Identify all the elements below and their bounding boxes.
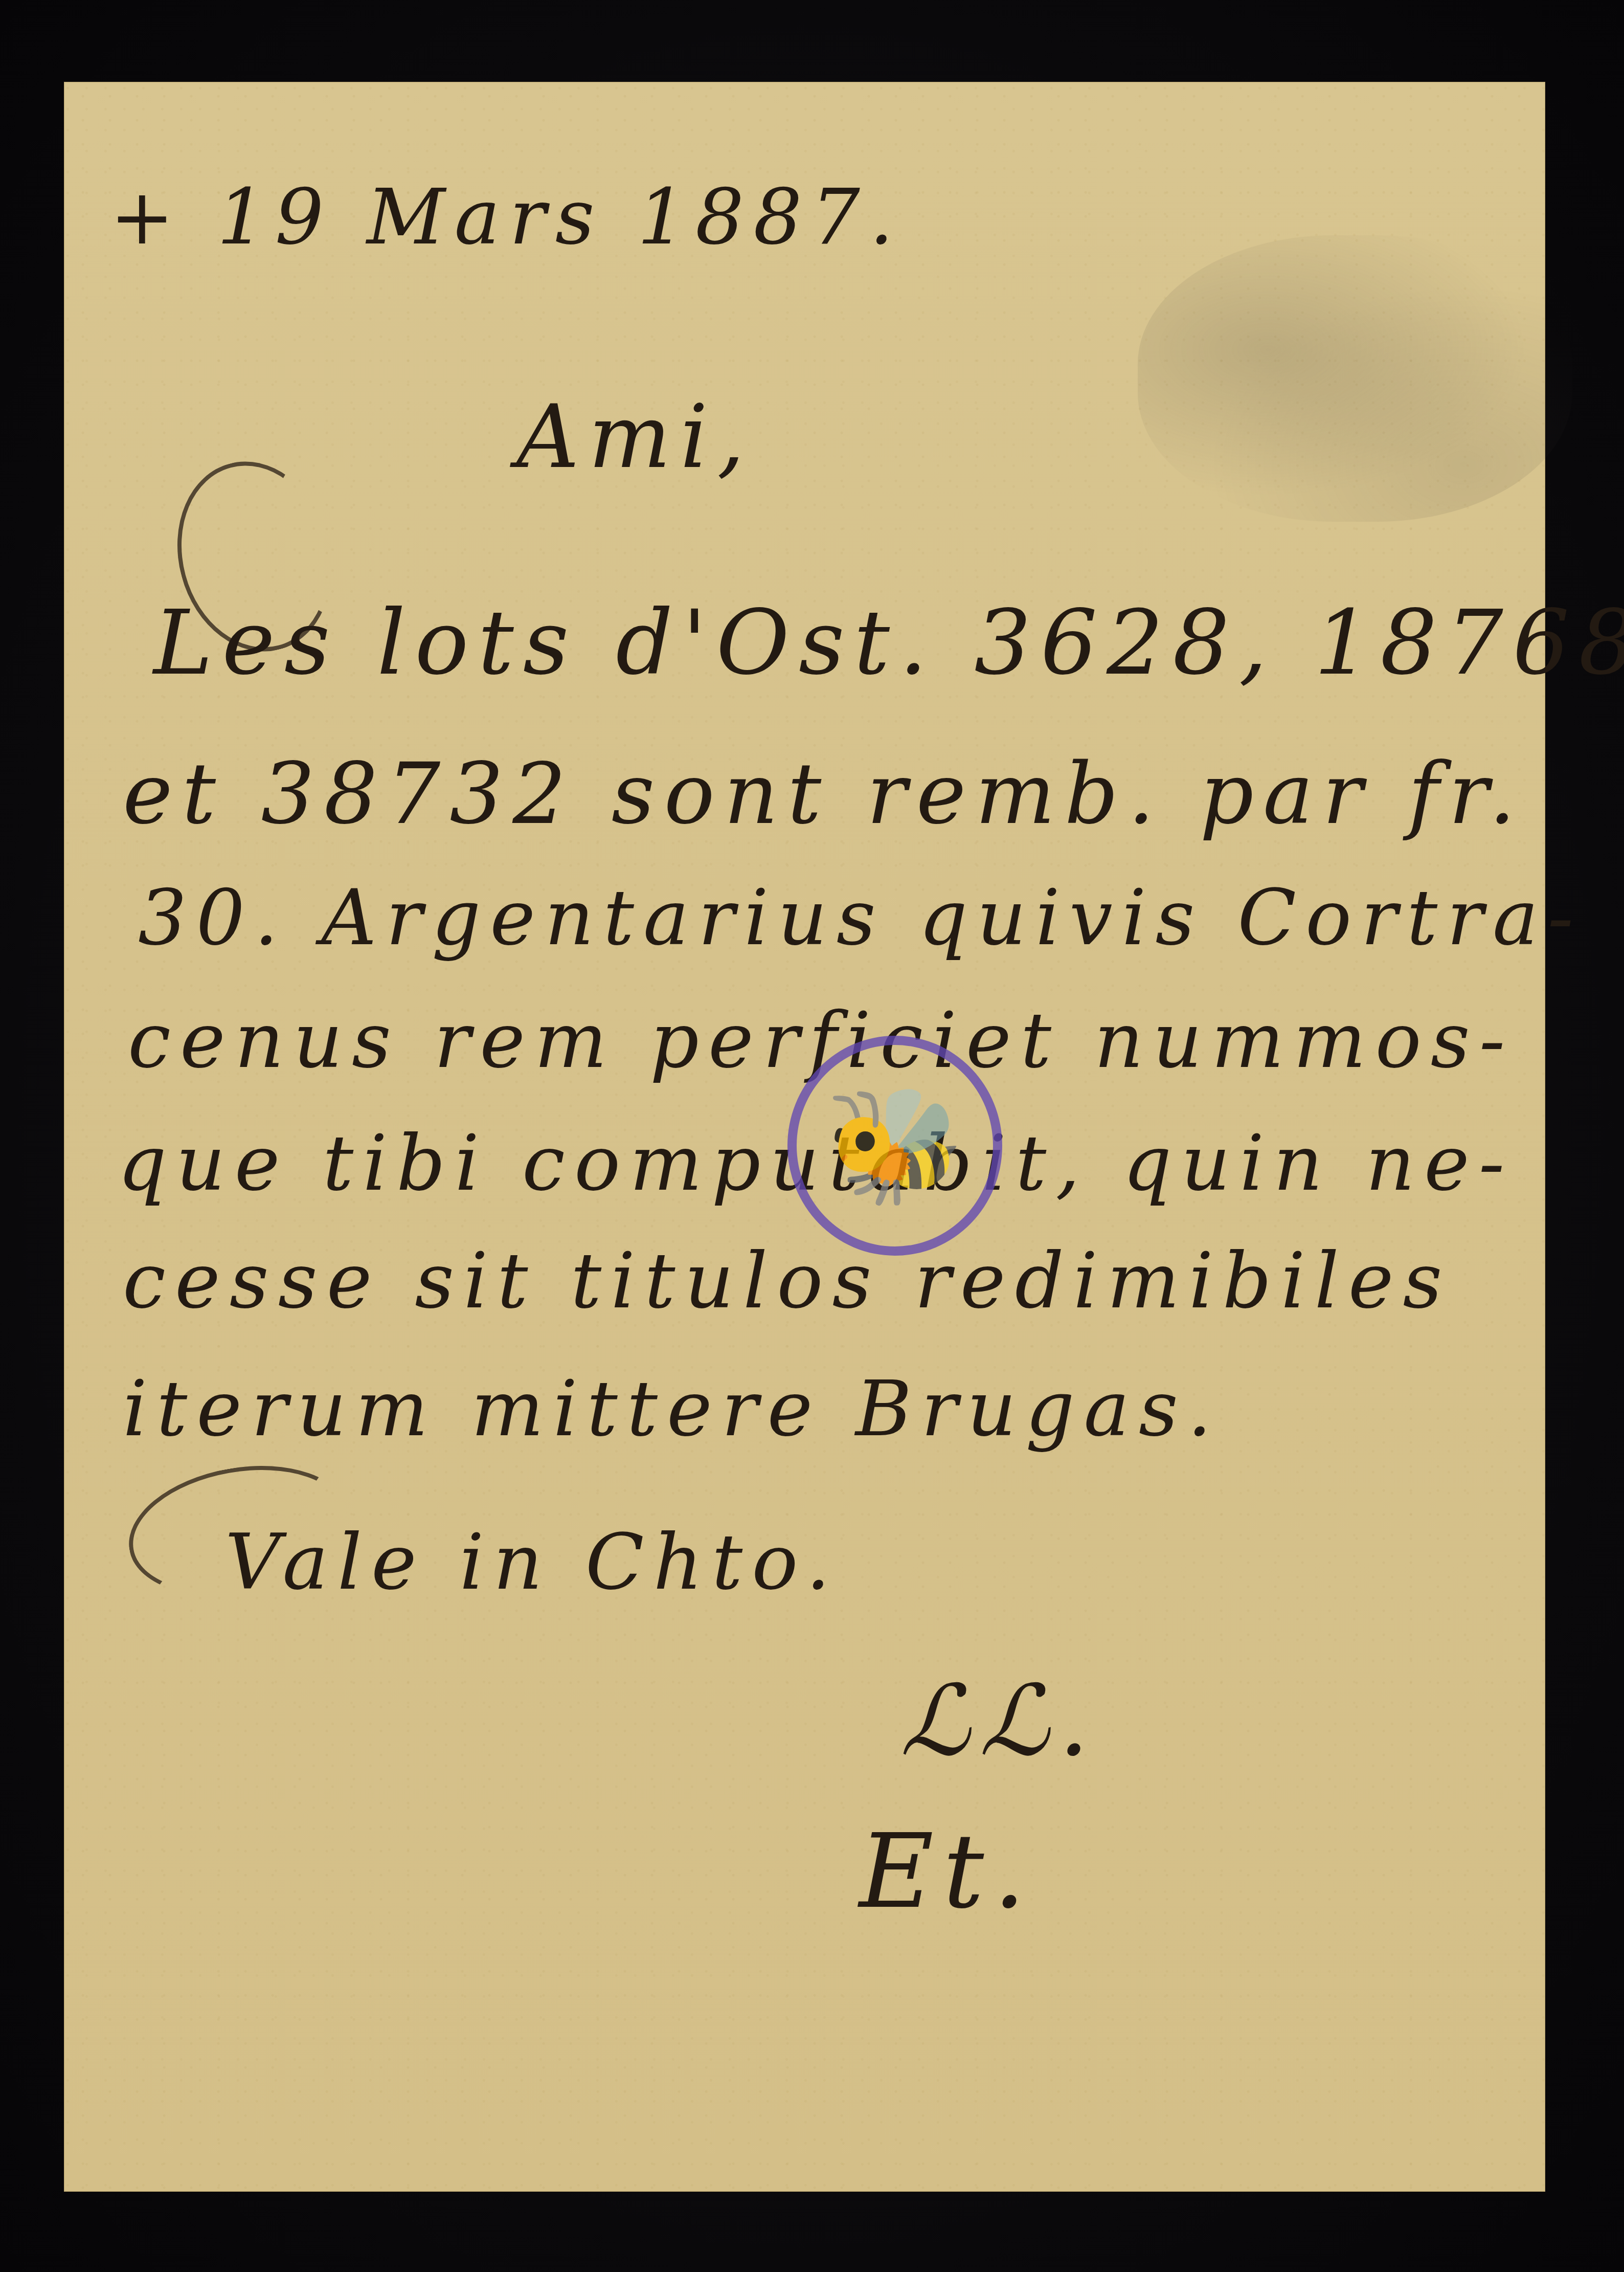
bee-icon: 🐝 [825, 1089, 965, 1202]
greeting: Ami, [516, 394, 754, 481]
body-line-1: Les lots d'Ost. 3628, 18768 [153, 598, 1624, 688]
ink-smudge [1138, 235, 1572, 522]
body-line-7: iterum mittere Brugas. [123, 1371, 1221, 1447]
body-line-2: et 38732 sont remb. par fr. [123, 752, 1525, 836]
closing-line: Vale in Chto. [225, 1524, 840, 1601]
body-line-3: 30. Argentarius quivis Cortra- [138, 880, 1583, 956]
signature-suffix: Et. [859, 1821, 1035, 1923]
date-line: + 19 Mars 1887. [110, 179, 903, 256]
signature-initials: ℒℒ. [900, 1673, 1098, 1770]
body-line-6: cesse sit titulos redimibiles [123, 1243, 1452, 1320]
bee-stamp: 🐝 [787, 1036, 1002, 1256]
